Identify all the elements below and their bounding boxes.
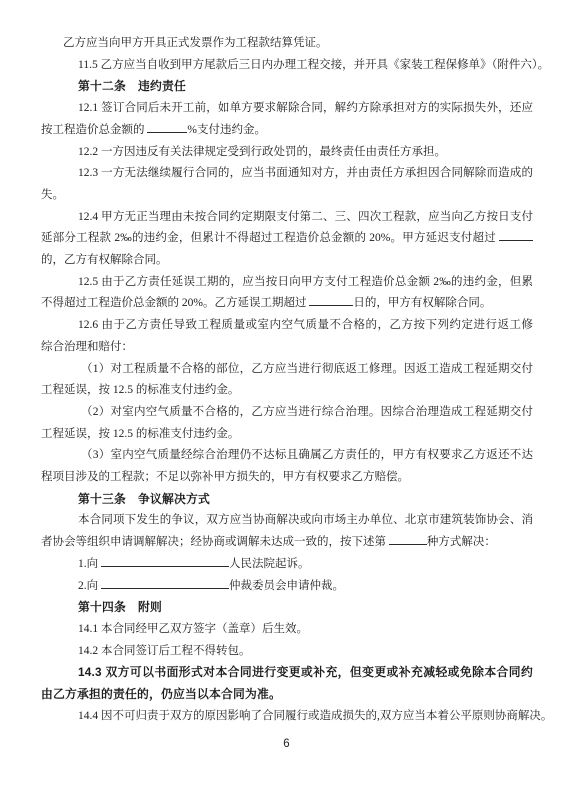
clause-12-6-line1: 12.6 由于乙方责任导致工程质量或室内空气质量不合格的，乙方按下列约定进行返工… (41, 315, 533, 337)
para-invoice-continuation: 乙方应当向甲方开具正式发票作为工程款结算凭证。 (41, 33, 533, 55)
text-run: 14.3 双方可以书面形式对本合同进行变更或补充，但变更或补充减轻或免除本合同约… (41, 665, 533, 684)
clause-12-5-line1: 12.5 由于乙方责任延误工期的，应当按日向甲方支付工程造价总金额 2‰的违约金… (41, 272, 533, 294)
clause-14-4: 14.4 因不可归责于双方的原因影响了合同履行或造成损失的,双方应当本着公平原则… (41, 706, 533, 728)
text-run: 日的，甲方有权解除合同。 (353, 297, 491, 309)
fill-in-blank (101, 577, 229, 589)
contract-document-page: 乙方应当向甲方开具正式发票作为工程款结算凭证。11.5 乙方应当自收到甲方尾款后… (0, 0, 573, 796)
clause-12-3-line2: 失。 (41, 185, 533, 207)
text-run: （1）对工程质量不合格的部位，乙方应当进行彻底返工修理。因返工造成工程延期交付视… (41, 363, 533, 381)
text-run: %支付违约金。 (187, 124, 266, 136)
clause-14-1: 14.1 本合同经甲乙双方签字（盖章）后生效。 (41, 619, 533, 641)
text-run: （2）对室内空气质量不合格的，乙方应当进行综合治理。因综合治理造成工程延期交付视… (41, 406, 533, 424)
fill-in-blank (147, 121, 187, 133)
clause-12-1-line2: 按工程造价总金额的 %支付违约金。 (41, 120, 533, 142)
text-run: 11.5 乙方应当自收到甲方尾款后三日内办理工程交接，并开具《家装工程保修单》（… (78, 59, 549, 71)
text-run: 第十三条 争议解决方式 (78, 492, 210, 506)
text-run: 12.6 由于乙方责任导致工程质量或室内空气质量不合格的，乙方按下列约定进行返工… (41, 319, 533, 337)
clause-13-intro-line1: 本合同项下发生的争议，双方应当协商解决或向市场主办单位、北京市建筑装饰协会、消费 (41, 510, 533, 532)
text-run: 工程延误，按 12.5 的标准支付违约金。 (41, 428, 239, 440)
heading-article-12: 第十二条 违约责任 (41, 76, 533, 98)
text-run: 14.4 因不可归责于双方的原因影响了合同履行或造成损失的,双方应当本着公平原则… (78, 710, 552, 722)
clause-12-6-item2-line1: （2）对室内空气质量不合格的，乙方应当进行综合治理。因综合治理造成工程延期交付视… (41, 402, 533, 424)
text-run: 失。 (41, 189, 64, 201)
clause-12-3-line1: 12.3 一方无法继续履行合同的，应当书面通知对方，并由责任方承担因合同解除而造… (41, 163, 533, 185)
text-run: 不得超过工程造价总金额的 20%。乙方延误工期超过 (41, 297, 309, 309)
clause-12-4-line1: 12.4 甲方无正当理由未按合同约定期限支付第二、三、四次工程款，应当向乙方按日… (41, 207, 533, 229)
text-run: 12.3 一方无法继续履行合同的，应当书面通知对方，并由责任方承担因合同解除而造… (41, 167, 533, 185)
clause-12-6-item1-line1: （1）对工程质量不合格的部位，乙方应当进行彻底返工修理。因返工造成工程延期交付视… (41, 359, 533, 381)
clause-12-4-line3: 的，乙方有权解除合同。 (41, 250, 533, 272)
clause-13-intro-line2: 者协会等组织申请调解解决；经协商或调解未达成一致的，按下述第 种方式解决： (41, 532, 533, 554)
clause-14-3-line2: 由乙方承担的责任的，仍应当以本合同为准。 (41, 684, 533, 706)
clause-12-6-item3-line2: 程项目涉及的工程款；不足以弥补甲方损失的，甲方有权要求乙方赔偿。 (41, 467, 533, 489)
text-run: 12.4 甲方无正当理由未按合同约定期限支付第二、三、四次工程款，应当向乙方按日… (41, 211, 533, 229)
fill-in-blank (309, 294, 353, 306)
clause-12-2: 12.2 一方因违反有关法律规定受到行政处罚的，最终责任由责任方承担。 (41, 142, 533, 164)
text-run: 本合同项下发生的争议，双方应当协商解决或向市场主办单位、北京市建筑装饰协会、消费 (41, 514, 533, 532)
text-run: 2.向 (78, 580, 101, 592)
text-run: 第十二条 违约责任 (78, 79, 186, 93)
clause-14-2: 14.2 本合同签订后工程不得转包。 (41, 641, 533, 663)
text-run: 12.1 签订合同后未开工前，如单方要求解除合同，解约方除承担对方的实际损失外，… (41, 102, 533, 120)
fill-in-blank (101, 555, 229, 567)
text-run: 人民法院起诉。 (229, 558, 310, 570)
clause-12-6-item1-line2: 工程延误，按 12.5 的标准支付违约金。 (41, 380, 533, 402)
text-run: 第十四条 附则 (78, 600, 162, 614)
text-run: 由乙方承担的责任的，仍应当以本合同为准。 (41, 687, 281, 701)
text-run: 1.向 (78, 558, 101, 570)
text-run: 14.1 本合同经甲乙双方签字（盖章）后生效。 (78, 623, 308, 635)
clause-14-3-line1: 14.3 双方可以书面形式对本合同进行变更或补充，但变更或补充减轻或免除本合同约… (41, 662, 533, 684)
clause-12-6-item3-line1: （3）室内空气质量经综合治理仍不达标且确属乙方责任的，甲方有权要求乙方返还不达标… (41, 445, 533, 467)
heading-article-14: 第十四条 附则 (41, 597, 533, 619)
text-run: 综合治理和赔付： (41, 341, 133, 353)
text-run: 工程延误，按 12.5 的标准支付违约金。 (41, 384, 239, 396)
fill-in-blank (389, 533, 427, 545)
text-run: 12.2 一方因违反有关法律规定受到行政处罚的，最终责任由责任方承担。 (78, 146, 446, 158)
text-run: 14.2 本合同签订后工程不得转包。 (78, 645, 251, 657)
clause-12-6-item2-line2: 工程延误，按 12.5 的标准支付违约金。 (41, 424, 533, 446)
text-run: 12.5 由于乙方责任延误工期的，应当按日向甲方支付工程造价总金额 2‰的违约金… (41, 276, 533, 294)
clause-11-5: 11.5 乙方应当自收到甲方尾款后三日内办理工程交接，并开具《家装工程保修单》（… (41, 55, 533, 77)
text-run: 仲裁委员会申请仲裁。 (229, 580, 344, 592)
fill-in-blank (499, 229, 533, 241)
text-run: 延部分工程款 2‰的违约金，但累计不得超过工程造价总金额的 20%。甲方延迟支付… (41, 232, 499, 244)
clause-12-5-line2: 不得超过工程造价总金额的 20%。乙方延误工期超过 日的，甲方有权解除合同。 (41, 293, 533, 315)
clause-13-option2: 2.向 仲裁委员会申请仲裁。 (41, 576, 533, 598)
text-run: 程项目涉及的工程款；不足以弥补甲方损失的，甲方有权要求乙方赔偿。 (41, 471, 409, 483)
clause-13-option1: 1.向 人民法院起诉。 (41, 554, 533, 576)
clause-12-4-line2: 延部分工程款 2‰的违约金，但累计不得超过工程造价总金额的 20%。甲方延迟支付… (41, 228, 533, 250)
text-run: 乙方应当向甲方开具正式发票作为工程款结算凭证。 (63, 37, 328, 49)
text-run: 按工程造价总金额的 (41, 124, 147, 136)
clause-12-1-line1: 12.1 签订合同后未开工前，如单方要求解除合同，解约方除承担对方的实际损失外，… (41, 98, 533, 120)
text-run: 种方式解决： (427, 536, 496, 548)
text-run: （3）室内空气质量经综合治理仍不达标且确属乙方责任的，甲方有权要求乙方返还不达标… (41, 449, 533, 467)
heading-article-13: 第十三条 争议解决方式 (41, 489, 533, 511)
page-number: 6 (0, 738, 573, 750)
text-run: 者协会等组织申请调解解决；经协商或调解未达成一致的，按下述第 (41, 536, 389, 548)
document-body: 乙方应当向甲方开具正式发票作为工程款结算凭证。11.5 乙方应当自收到甲方尾款后… (41, 33, 533, 728)
text-run: 的，乙方有权解除合同。 (41, 254, 168, 266)
clause-12-6-line2: 综合治理和赔付： (41, 337, 533, 359)
